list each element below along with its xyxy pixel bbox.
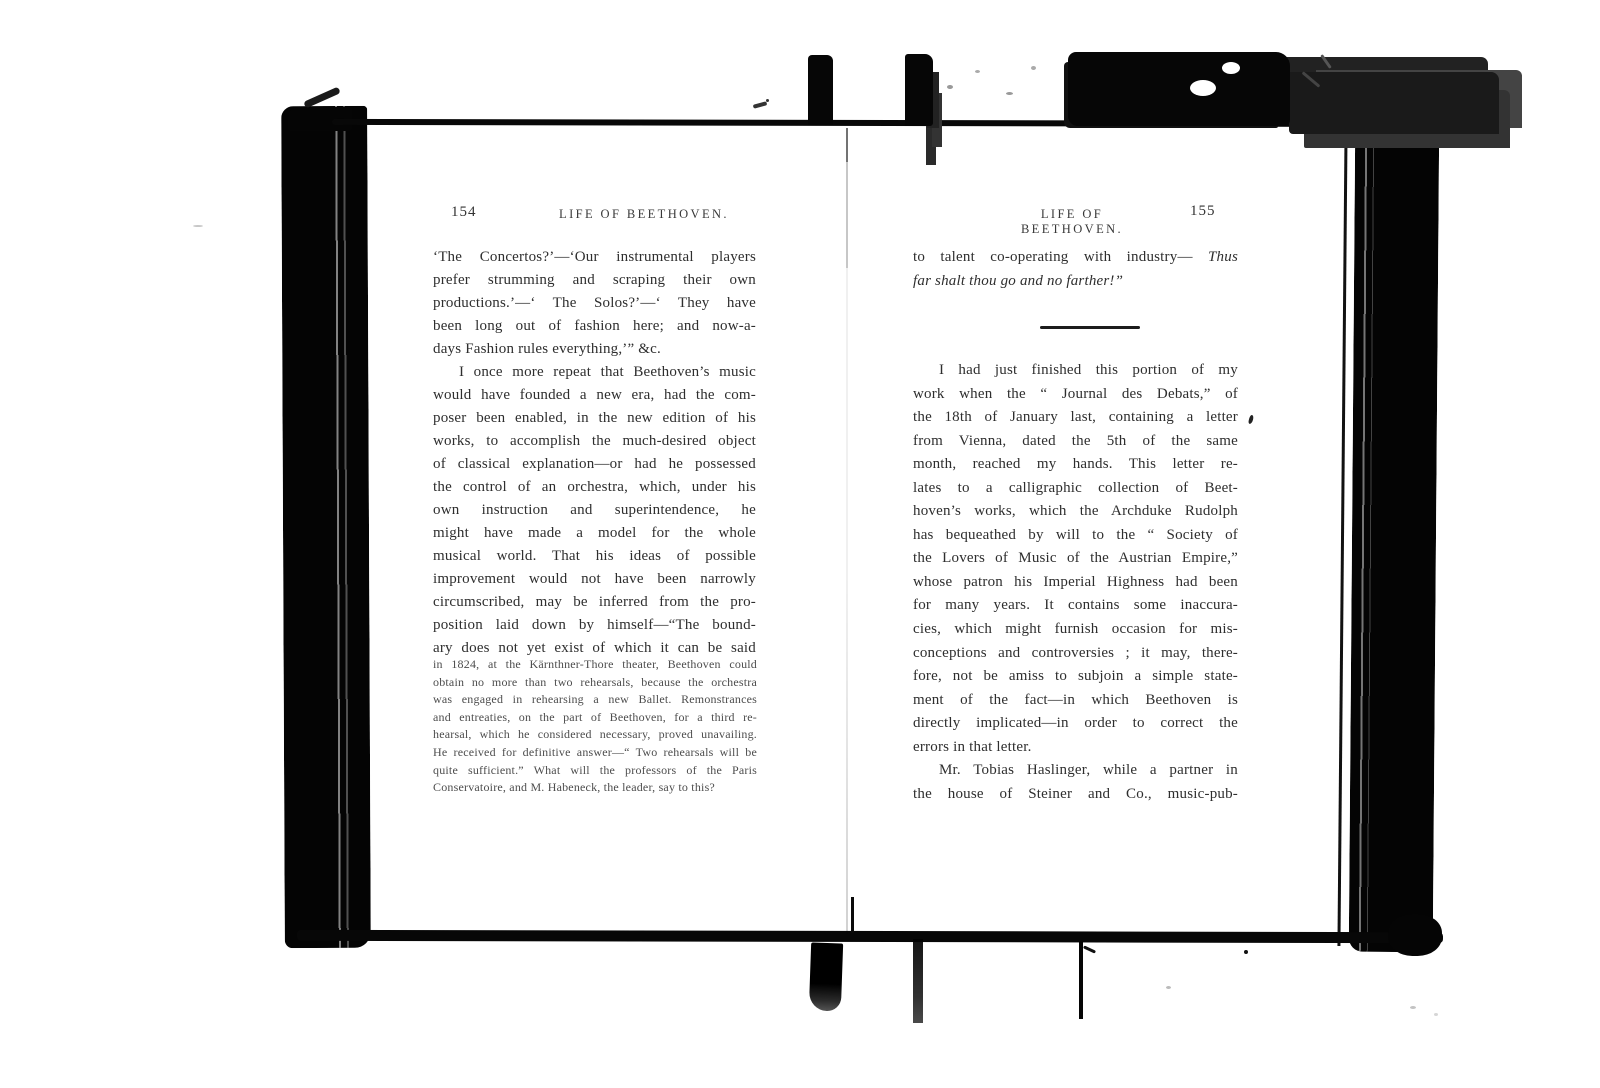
footnote-line: He received for definitive answer—“ Two … <box>433 744 757 762</box>
scan-ribbon-mark <box>1079 941 1083 1019</box>
text-line: works, to accomplish the much-desired ob… <box>433 430 756 453</box>
book-scan: 154 LIFE OF BEETHOVEN. ‘The Concertos?’—… <box>0 0 1600 1088</box>
text-line: been long out of fashion here; and now-a… <box>433 315 756 338</box>
footnote-line: quite sufficient.” What will the profess… <box>433 762 757 780</box>
scan-speck <box>1302 71 1321 87</box>
text-line: far shalt thou go and no farther!” <box>913 270 1238 294</box>
text-line: work when the “ Journal des Debats,” of <box>913 383 1238 407</box>
scan-smudge <box>808 55 833 125</box>
running-head-left: LIFE OF BEETHOVEN. <box>530 207 758 222</box>
footnote-line: and entreaties, on the part of Beethoven… <box>433 709 757 727</box>
scan-speck <box>1244 950 1248 954</box>
text-line: errors in that letter. <box>913 736 1238 760</box>
text-line: fore, not be amiss to subjoin a simple s… <box>913 665 1238 689</box>
scan-speck <box>1006 92 1013 95</box>
text-line: circumscribed, may be inferred from the … <box>433 591 756 614</box>
scan-speck <box>766 99 769 102</box>
page-number-left: 154 <box>451 204 477 221</box>
text-line: Mr. Tobias Haslinger, while a partner in <box>913 759 1238 783</box>
text-line: the control of an orchestra, which, unde… <box>433 476 756 499</box>
text-line: the Lovers of Music of the Austrian Empi… <box>913 547 1238 571</box>
book-edge-bottom <box>297 930 1443 943</box>
text-line: hoven’s works, which the Archduke Rudolp… <box>913 500 1238 524</box>
scan-ribbon-mark <box>809 942 843 1011</box>
text-line: improvement would not have been narrowly <box>433 568 756 591</box>
text-line: directly implicated—in order to correct … <box>913 712 1238 736</box>
book-spine-right <box>1349 122 1440 953</box>
text-line: might have made a model for the whole <box>433 522 756 545</box>
footnote-line: was engaged in rehearsing a new Ballet. … <box>433 691 757 709</box>
scan-corner-bottom-right <box>1388 914 1442 956</box>
scan-speck <box>975 70 980 73</box>
page-number-right: 155 <box>1190 203 1216 220</box>
text-line: lates to a calligraphic collection of Be… <box>913 477 1238 501</box>
scan-speck <box>1031 66 1036 70</box>
left-page-body: ‘The Concertos?’—‘Our instrumental playe… <box>433 246 756 660</box>
section-divider <box>1040 326 1140 329</box>
left-page-footnote: in 1824, at the Kärnthner-Thore theater,… <box>433 656 757 797</box>
text-line: would have founded a new era, had the co… <box>433 384 756 407</box>
text-line: ‘The Concertos?’—‘Our instrumental playe… <box>433 246 756 269</box>
scan-speck <box>947 85 953 89</box>
scan-smudge <box>905 54 933 126</box>
book-gutter <box>846 128 848 934</box>
book-spine-left <box>281 106 371 948</box>
text-line: poser been enabled, in the new edition o… <box>433 407 756 430</box>
footnote-line: hearsal, which he considered necessary, … <box>433 726 757 744</box>
text-line: the 18th of January last, containing a l… <box>913 406 1238 430</box>
text-line: prefer strumming and scraping their own <box>433 269 756 292</box>
page-edge-line-right <box>1337 130 1347 946</box>
text-line: of classical explanation—or had he posse… <box>433 453 756 476</box>
text-line: to talent co-operating with industry— Th… <box>913 246 1238 270</box>
scan-ribbon-mark <box>913 939 923 1023</box>
text-line: ment of the fact—in which Beethoven is <box>913 689 1238 713</box>
text-line: I had just finished this portion of my <box>913 359 1238 383</box>
footnote-line: in 1824, at the Kärnthner-Thore theater,… <box>433 656 757 674</box>
scan-speck <box>1248 415 1254 425</box>
text-line: productions.’—‘ The Solos?’—‘ They have <box>433 292 756 315</box>
footnote-line: Conservatoire, and M. Habeneck, the lead… <box>433 779 757 797</box>
right-page-continuation: to talent co-operating with industry— Th… <box>913 246 1238 293</box>
text-line: position laid down by himself—“The bound… <box>433 614 756 637</box>
scan-speck <box>851 897 854 933</box>
text-run: to talent co-operating with industry— <box>913 249 1193 265</box>
running-head-right: LIFE OF BEETHOVEN. <box>988 207 1156 237</box>
text-line: conceptions and controversies ; it may, … <box>913 642 1238 666</box>
scan-speck <box>1410 1006 1416 1009</box>
text-line: musical world. That his ideas of possibl… <box>433 545 756 568</box>
text-line: days Fashion rules everything,’” &c. <box>433 338 756 361</box>
text-line: for many years. It contains some inaccur… <box>913 594 1238 618</box>
scan-speck <box>1166 986 1171 989</box>
text-line: I once more repeat that Beethoven’s musi… <box>433 361 756 384</box>
text-line: whose patron his Imperial Highness had b… <box>913 571 1238 595</box>
text-run-italic: Thus <box>1208 249 1238 265</box>
scan-speck <box>753 101 768 108</box>
scan-speck <box>193 225 203 227</box>
text-line: month, reached my hands. This letter re- <box>913 453 1238 477</box>
text-line: own instruction and superintendence, he <box>433 499 756 522</box>
scan-hole <box>1222 62 1240 74</box>
right-page-body: I had just finished this portion of my w… <box>913 359 1238 806</box>
scan-speck <box>1083 945 1096 953</box>
text-line: the house of Steiner and Co., music-pub- <box>913 783 1238 807</box>
footnote-line: obtain no more than two rehearsals, beca… <box>433 674 757 692</box>
scan-smudge <box>1068 52 1290 126</box>
text-line: from Vienna, dated the 5th of the same <box>913 430 1238 454</box>
scan-speck <box>1320 54 1332 69</box>
text-line: cies, which might furnish occasion for m… <box>913 618 1238 642</box>
text-line: has bequeathed by will to the “ Society … <box>913 524 1238 548</box>
scan-speck <box>1434 1013 1438 1016</box>
scan-hole <box>1190 80 1216 96</box>
